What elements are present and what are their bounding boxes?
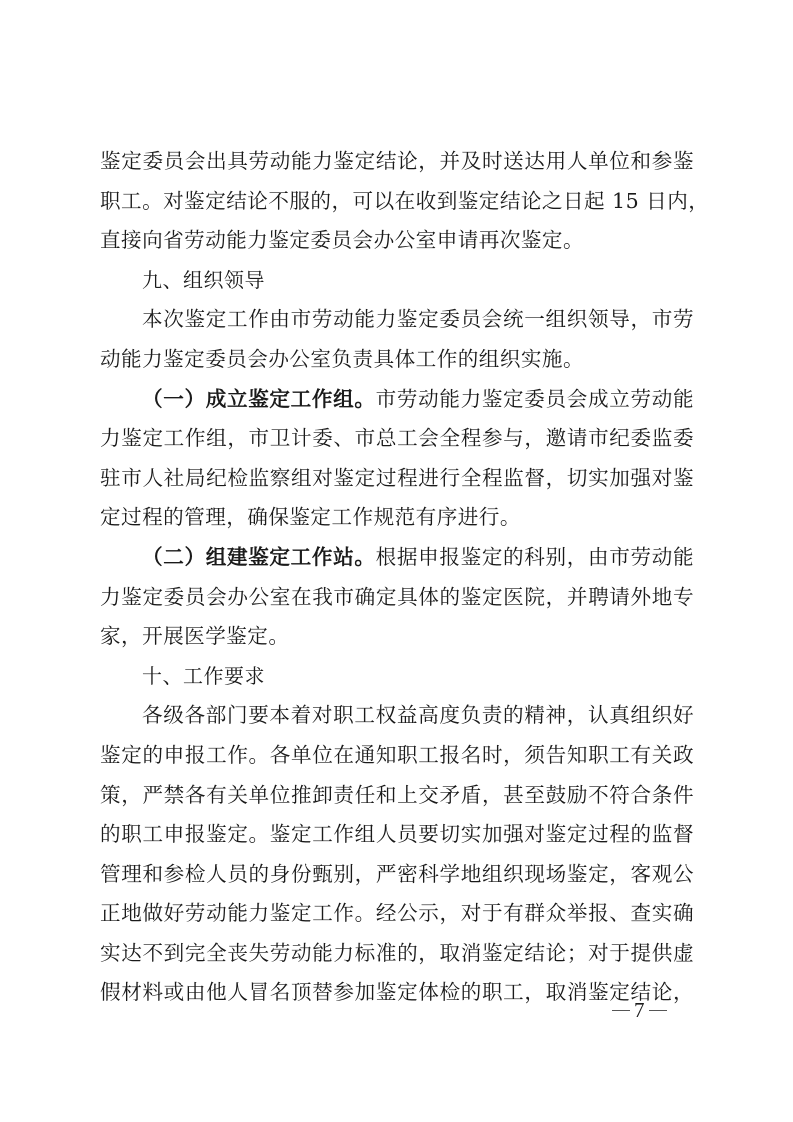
paragraph-line: 直接向省劳动能力鉴定委员会办公室申请再次鉴定。 xyxy=(100,221,694,261)
paragraph-line: 定过程的管理，确保鉴定工作规范有序进行。 xyxy=(100,498,694,538)
paragraph-line: 驻市人社局纪检监察组对鉴定过程进行全程监督，切实加强对鉴 xyxy=(100,459,694,499)
subsection-title-2: （二）组建鉴定工作站。 xyxy=(142,545,376,569)
paragraph-line: 力鉴定委员会办公室在我市确定具体的鉴定医院，并聘请外地专 xyxy=(100,578,694,618)
subsection-title-1: （一）成立鉴定工作组。 xyxy=(142,387,376,411)
paragraph-line: 职工。对鉴定结论不服的，可以在收到鉴定结论之日起 15 日内， xyxy=(100,182,694,222)
section-heading-10: 十、工作要求 xyxy=(100,657,694,697)
footer-dash-left xyxy=(612,1010,630,1012)
paragraph-line: 鉴定的申报工作。各单位在通知职工报名时，须告知职工有关政 xyxy=(100,736,694,776)
paragraph-line: 鉴定委员会出具劳动能力鉴定结论，并及时送达用人单位和参鉴 xyxy=(100,142,694,182)
paragraph-line: 正地做好劳动能力鉴定工作。经公示，对于有群众举报、查实确 xyxy=(100,894,694,934)
subsection-2-first-line: （二）组建鉴定工作站。根据申报鉴定的科别，由市劳动能 xyxy=(100,538,694,578)
paragraph-line: 各级各部门要本着对职工权益高度负责的精神，认真组织好 xyxy=(100,696,694,736)
paragraph-line: 家，开展医学鉴定。 xyxy=(100,617,694,657)
document-page: 鉴定委员会出具劳动能力鉴定结论，并及时送达用人单位和参鉴 职工。对鉴定结论不服的… xyxy=(100,142,694,1013)
paragraph-line: 的职工申报鉴定。鉴定工作组人员要切实加强对鉴定过程的监督 xyxy=(100,815,694,855)
subsection-text: 市劳动能力鉴定委员会成立劳动能 xyxy=(376,387,694,411)
subsection-1-first-line: （一）成立鉴定工作组。市劳动能力鉴定委员会成立劳动能 xyxy=(100,380,694,420)
footer-dash-right xyxy=(649,1010,667,1012)
page-number: 7 xyxy=(634,998,645,1023)
paragraph-line: 力鉴定工作组，市卫计委、市总工会全程参与，邀请市纪委监委 xyxy=(100,419,694,459)
page-footer: 7 xyxy=(612,998,667,1023)
subsection-text: 根据申报鉴定的科别，由市劳动能 xyxy=(376,545,694,569)
paragraph-line: 假材料或由他人冒名顶替参加鉴定体检的职工，取消鉴定结论， xyxy=(100,973,694,1013)
paragraph-line: 本次鉴定工作由市劳动能力鉴定委员会统一组织领导，市劳 xyxy=(100,300,694,340)
paragraph-line: 策，严禁各有关单位推卸责任和上交矛盾，甚至鼓励不符合条件 xyxy=(100,776,694,816)
paragraph-line: 实达不到完全丧失劳动能力标准的，取消鉴定结论；对于提供虚 xyxy=(100,934,694,974)
paragraph-line: 动能力鉴定委员会办公室负责具体工作的组织实施。 xyxy=(100,340,694,380)
paragraph-line: 管理和参检人员的身份甄别，严密科学地组织现场鉴定，客观公 xyxy=(100,855,694,895)
section-heading-9: 九、组织领导 xyxy=(100,261,694,301)
